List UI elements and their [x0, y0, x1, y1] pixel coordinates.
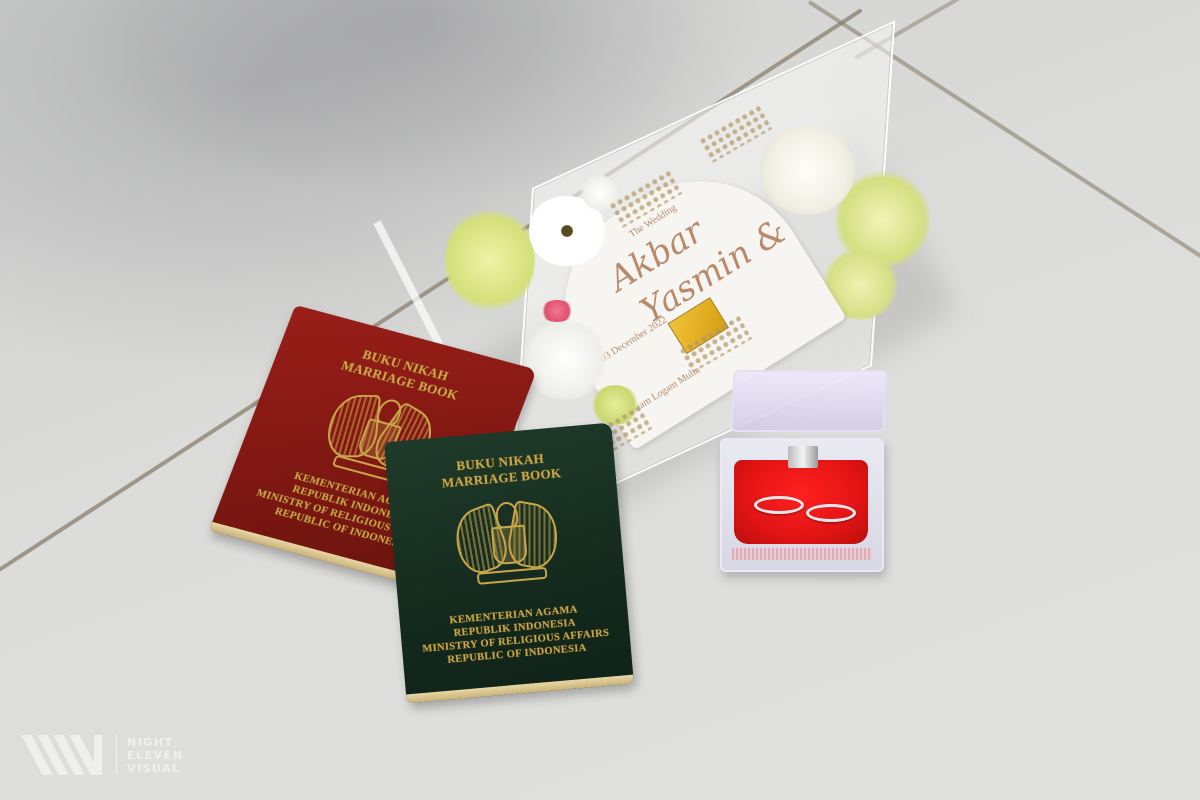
watermark: NIGHT ELEVEN VISUAL — [26, 735, 183, 775]
ring-box-lid — [730, 370, 887, 432]
nev-logo-icon — [26, 735, 106, 775]
book-pages — [406, 675, 634, 704]
white-carnation-icon — [760, 125, 855, 215]
garuda-emblem-icon — [448, 491, 566, 595]
yellow-orchid-icon — [445, 205, 535, 315]
wedding-ring-icon — [754, 496, 804, 514]
watermark-line: NIGHT — [127, 736, 183, 749]
watermark-line: ELEVEN — [127, 749, 183, 762]
marriage-book-green: BUKU NIKAH MARRIAGE BOOK KEMENTERIAN AGA… — [384, 423, 634, 704]
wedding-ring-icon — [806, 504, 856, 522]
watermark-divider — [116, 735, 117, 775]
ring-box — [718, 368, 888, 573]
ring-box-body — [720, 438, 884, 572]
watermark-text: NIGHT ELEVEN VISUAL — [127, 736, 183, 775]
pink-petal-icon — [540, 300, 574, 322]
ring-box-base — [732, 548, 872, 560]
watermark-line: VISUAL — [127, 762, 183, 775]
photo-scene: The Wedding Akbar Yasmin & 03 December 2… — [0, 0, 1200, 800]
white-rose-icon — [520, 320, 610, 400]
hinge-icon — [788, 446, 818, 468]
velvet-cushion — [734, 460, 868, 544]
